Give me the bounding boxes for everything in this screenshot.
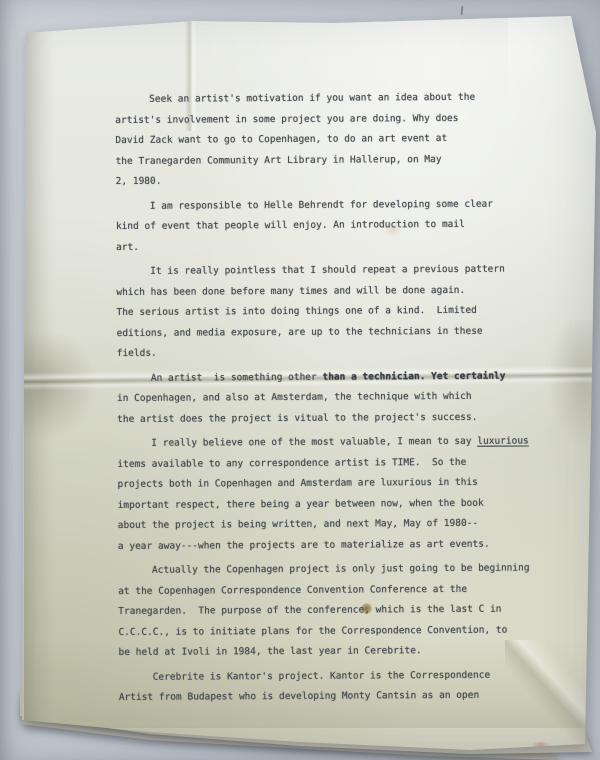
text-line: which has been done before many times an… [116, 280, 586, 303]
line-text: art. [116, 241, 139, 252]
text-line: about the project is being written, and … [118, 513, 588, 536]
text-line: Actually the Copenhagen project is only … [118, 558, 588, 581]
text-line: An artist is something other than a tech… [117, 366, 587, 389]
text-line: editions, and media exposure, are up to … [117, 321, 587, 344]
text-line: It is really pointless that I should rep… [116, 259, 586, 282]
text-line: in Copenhagen, and also at Amsterdam, th… [117, 386, 587, 409]
underlined-word: luxurious [477, 435, 529, 446]
creased-overstruck-text: than a technician. Yet certainly [322, 370, 505, 382]
text-line: projects both in Copenhagen and Amsterda… [117, 472, 587, 495]
text-line: Artist from Budapest who is developing M… [119, 685, 589, 708]
text-line: Tranegarden. The purpose of the conferen… [118, 599, 588, 622]
letter-page: Seek an artist's motivation if you want … [0, 0, 600, 760]
line-text: which has been done before many times an… [116, 284, 465, 297]
line-text: at the Copenhagen Correspondence Convent… [118, 583, 467, 596]
line-text: editions, and media exposure, are up to … [117, 325, 483, 338]
text-line: Cerebrite is Kantor's project. Kantor is… [119, 665, 589, 688]
pink-smudge [528, 742, 554, 753]
line-text: projects both in Copenhagen and Amsterda… [117, 477, 477, 490]
text-line: artist's involvement in some project you… [115, 108, 585, 131]
text-line: I really believe one of the most valuabl… [117, 431, 587, 454]
letter-page-wrap: Seek an artist's motivation if you want … [0, 0, 600, 760]
text-line: I am responsible to Helle Behrendt for d… [116, 194, 586, 217]
line-text: Seek an artist's motivation if you want … [149, 92, 475, 105]
text-line: David Zack want to go to Copenhagen, to … [115, 128, 585, 151]
text-line: 2, 1980. [116, 169, 586, 192]
text-line: fields. [117, 341, 587, 364]
line-text: artist's involvement in some project you… [115, 112, 458, 125]
text-block: Seek an artist's motivation if you want … [115, 87, 589, 708]
line-text: An artist is something other [151, 371, 323, 383]
line-text: items available to any correspondence ar… [117, 456, 466, 469]
line-text: Tranegarden. The purpose of the conferen… [118, 604, 501, 617]
line-text: the artist does the project is vitual to… [117, 411, 477, 424]
line-text: kind of event that people will enjoy. An… [116, 219, 465, 232]
line-text: important respect, there being a year be… [118, 497, 484, 510]
text-line: C.C.C.C., is to initiate plans for the C… [118, 620, 588, 643]
line-text: fields. [117, 348, 157, 359]
text-line: items available to any correspondence ar… [117, 452, 587, 475]
line-text: Cerebrite is Kantor's project. Kantor is… [153, 669, 491, 682]
line-text: It is really pointless that I should rep… [150, 264, 505, 277]
line-text: a year away---when the projects are to m… [118, 538, 490, 551]
text-line: the artist does the project is vitual to… [117, 407, 587, 430]
text-line: Seek an artist's motivation if you want … [115, 87, 585, 110]
text-line: at the Copenhagen Correspondence Convent… [118, 579, 588, 602]
text-line: a year away---when the projects are to m… [118, 534, 588, 557]
line-text: the Tranegarden Community Art Library in… [116, 154, 442, 167]
line-text: Artist from Budapest who is developing M… [119, 690, 479, 703]
line-text: The serious artist is into doing things … [116, 305, 476, 318]
line-text: David Zack want to go to Copenhagen, to … [115, 133, 447, 146]
line-text: in Copenhagen, and also at Amsterdam, th… [117, 391, 472, 404]
text-line: kind of event that people will enjoy. An… [116, 214, 586, 237]
line-text: I am responsible to Helle Behrendt for d… [150, 198, 493, 211]
line-text: be held at Ivoli in 1984, the last year … [119, 645, 422, 658]
line-text: I really believe one of the most valuabl… [151, 436, 477, 449]
line-text: C.C.C.C., is to initiate plans for the C… [118, 624, 507, 637]
line-text: Actually the Copenhagen project is only … [152, 562, 530, 575]
text-line: important respect, there being a year be… [118, 493, 588, 516]
line-text: 2, 1980. [116, 176, 162, 187]
text-line: art. [116, 235, 586, 258]
photo-of-typed-letter: Seek an artist's motivation if you want … [0, 0, 600, 760]
text-line: The serious artist is into doing things … [116, 300, 586, 323]
text-line: the Tranegarden Community Art Library in… [115, 149, 585, 172]
text-line: be held at Ivoli in 1984, the last year … [118, 640, 588, 663]
line-text: about the project is being written, and … [118, 518, 478, 531]
